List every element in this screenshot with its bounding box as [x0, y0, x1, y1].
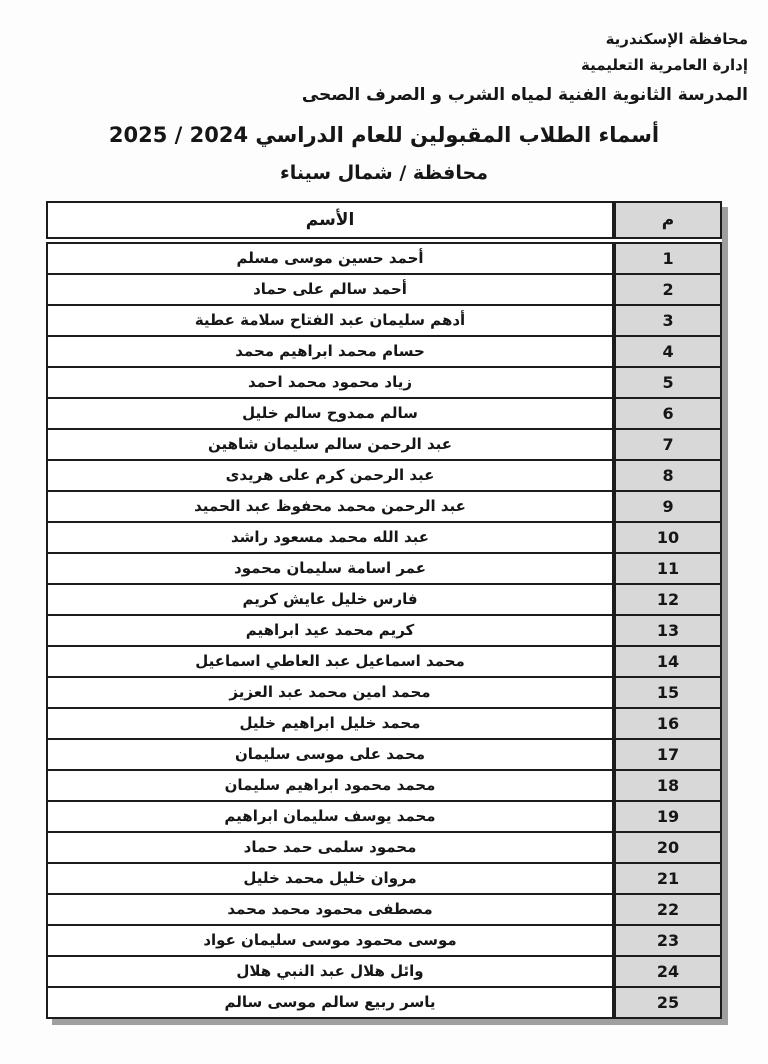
number-column-header: م: [614, 201, 722, 239]
page-title: أسماء الطلاب المقبولين للعام الدراسي 202…: [0, 123, 768, 147]
table-row: 12 فارس خليل عايش كريم: [46, 583, 722, 616]
row-number-cell: 13: [614, 614, 722, 647]
student-name-cell: محمد يوسف سليمان ابراهيم: [46, 800, 614, 833]
student-name-cell: ياسر ربيع سالم موسى سالم: [46, 986, 614, 1019]
letterhead: محافظة الإسكندرية إدارة العامرية التعليم…: [0, 0, 768, 79]
table-row: 17 محمد على موسى سليمان: [46, 738, 722, 771]
student-name-cell: عبد الله محمد مسعود راشد: [46, 521, 614, 554]
student-name-cell: محمد خليل ابراهيم خليل: [46, 707, 614, 740]
student-name-cell: فارس خليل عايش كريم: [46, 583, 614, 616]
table-row: 4 حسام محمد ابراهيم محمد: [46, 335, 722, 368]
row-number-cell: 5: [614, 366, 722, 399]
table-row: 23 موسى محمود موسى سليمان عواد: [46, 924, 722, 957]
table-row: 20 محمود سلمى حمد حماد: [46, 831, 722, 864]
students-table: م الأسم 1 أحمد حسين موسى مسلم 2 أحمد سال…: [46, 201, 722, 1019]
student-name-cell: عبد الرحمن كرم على هريدى: [46, 459, 614, 492]
student-name-cell: عبد الرحمن سالم سليمان شاهين: [46, 428, 614, 461]
table-row: 13 كريم محمد عيد ابراهيم: [46, 614, 722, 647]
table-row: 7 عبد الرحمن سالم سليمان شاهين: [46, 428, 722, 461]
student-name-cell: أدهم سليمان عبد الفتاح سلامة عطية: [46, 304, 614, 337]
document-page: محافظة الإسكندرية إدارة العامرية التعليم…: [0, 0, 768, 1064]
row-number-cell: 16: [614, 707, 722, 740]
school-name-line: المدرسة الثانوية الفنية لمياه الشرب و ال…: [0, 85, 768, 105]
table-row: 21 مروان خليل محمد خليل: [46, 862, 722, 895]
row-number-cell: 18: [614, 769, 722, 802]
student-name-cell: كريم محمد عيد ابراهيم: [46, 614, 614, 647]
row-number-cell: 10: [614, 521, 722, 554]
name-column-header: الأسم: [46, 201, 614, 239]
student-name-cell: محمد امين محمد عبد العزيز: [46, 676, 614, 709]
row-number-cell: 4: [614, 335, 722, 368]
row-number-cell: 17: [614, 738, 722, 771]
row-number-cell: 3: [614, 304, 722, 337]
table-row: 18 محمد محمود ابراهيم سليمان: [46, 769, 722, 802]
row-number-cell: 20: [614, 831, 722, 864]
table-row: 11 عمر اسامة سليمان محمود: [46, 552, 722, 585]
row-number-cell: 21: [614, 862, 722, 895]
row-number-cell: 23: [614, 924, 722, 957]
student-name-cell: أحمد حسين موسى مسلم: [46, 242, 614, 275]
student-name-cell: محمد على موسى سليمان: [46, 738, 614, 771]
student-name-cell: عبد الرحمن محمد محفوظ عبد الحميد: [46, 490, 614, 523]
table-row: 14 محمد اسماعيل عبد العاطي اسماعيل: [46, 645, 722, 678]
table-row: 2 أحمد سالم على حماد: [46, 273, 722, 306]
student-name-cell: أحمد سالم على حماد: [46, 273, 614, 306]
row-number-cell: 9: [614, 490, 722, 523]
row-number-cell: 25: [614, 986, 722, 1019]
row-number-cell: 1: [614, 242, 722, 275]
table-row: 10 عبد الله محمد مسعود راشد: [46, 521, 722, 554]
table-row: 9 عبد الرحمن محمد محفوظ عبد الحميد: [46, 490, 722, 523]
row-number-cell: 19: [614, 800, 722, 833]
row-number-cell: 7: [614, 428, 722, 461]
students-table-body: 1 أحمد حسين موسى مسلم 2 أحمد سالم على حم…: [46, 242, 722, 1019]
table-header-row: م الأسم: [46, 201, 722, 239]
table-row: 1 أحمد حسين موسى مسلم: [46, 242, 722, 275]
row-number-cell: 6: [614, 397, 722, 430]
student-name-cell: زياد محمود محمد احمد: [46, 366, 614, 399]
student-name-cell: مصطفى محمود محمد محمد: [46, 893, 614, 926]
row-number-cell: 11: [614, 552, 722, 585]
student-name-cell: محمد اسماعيل عبد العاطي اسماعيل: [46, 645, 614, 678]
table-row: 3 أدهم سليمان عبد الفتاح سلامة عطية: [46, 304, 722, 337]
table-row: 22 مصطفى محمود محمد محمد: [46, 893, 722, 926]
student-name-cell: وائل هلال عبد النبي هلال: [46, 955, 614, 988]
row-number-cell: 12: [614, 583, 722, 616]
student-name-cell: موسى محمود موسى سليمان عواد: [46, 924, 614, 957]
table-row: 5 زياد محمود محمد احمد: [46, 366, 722, 399]
student-name-cell: عمر اسامة سليمان محمود: [46, 552, 614, 585]
governorate-line: محافظة الإسكندرية: [0, 26, 748, 52]
row-number-cell: 2: [614, 273, 722, 306]
table-row: 24 وائل هلال عبد النبي هلال: [46, 955, 722, 988]
administration-line: إدارة العامرية التعليمية: [0, 52, 748, 78]
row-number-cell: 8: [614, 459, 722, 492]
table-row: 6 سالم ممدوح سالم خليل: [46, 397, 722, 430]
table-row: 15 محمد امين محمد عبد العزيز: [46, 676, 722, 709]
row-number-cell: 24: [614, 955, 722, 988]
row-number-cell: 15: [614, 676, 722, 709]
table-row: 16 محمد خليل ابراهيم خليل: [46, 707, 722, 740]
table-row: 25 ياسر ربيع سالم موسى سالم: [46, 986, 722, 1019]
table-row: 8 عبد الرحمن كرم على هريدى: [46, 459, 722, 492]
row-number-cell: 22: [614, 893, 722, 926]
page-subtitle: محافظة / شمال سيناء: [0, 162, 768, 184]
table-row: 19 محمد يوسف سليمان ابراهيم: [46, 800, 722, 833]
student-name-cell: حسام محمد ابراهيم محمد: [46, 335, 614, 368]
student-name-cell: محمود سلمى حمد حماد: [46, 831, 614, 864]
row-number-cell: 14: [614, 645, 722, 678]
student-name-cell: سالم ممدوح سالم خليل: [46, 397, 614, 430]
student-name-cell: مروان خليل محمد خليل: [46, 862, 614, 895]
student-name-cell: محمد محمود ابراهيم سليمان: [46, 769, 614, 802]
